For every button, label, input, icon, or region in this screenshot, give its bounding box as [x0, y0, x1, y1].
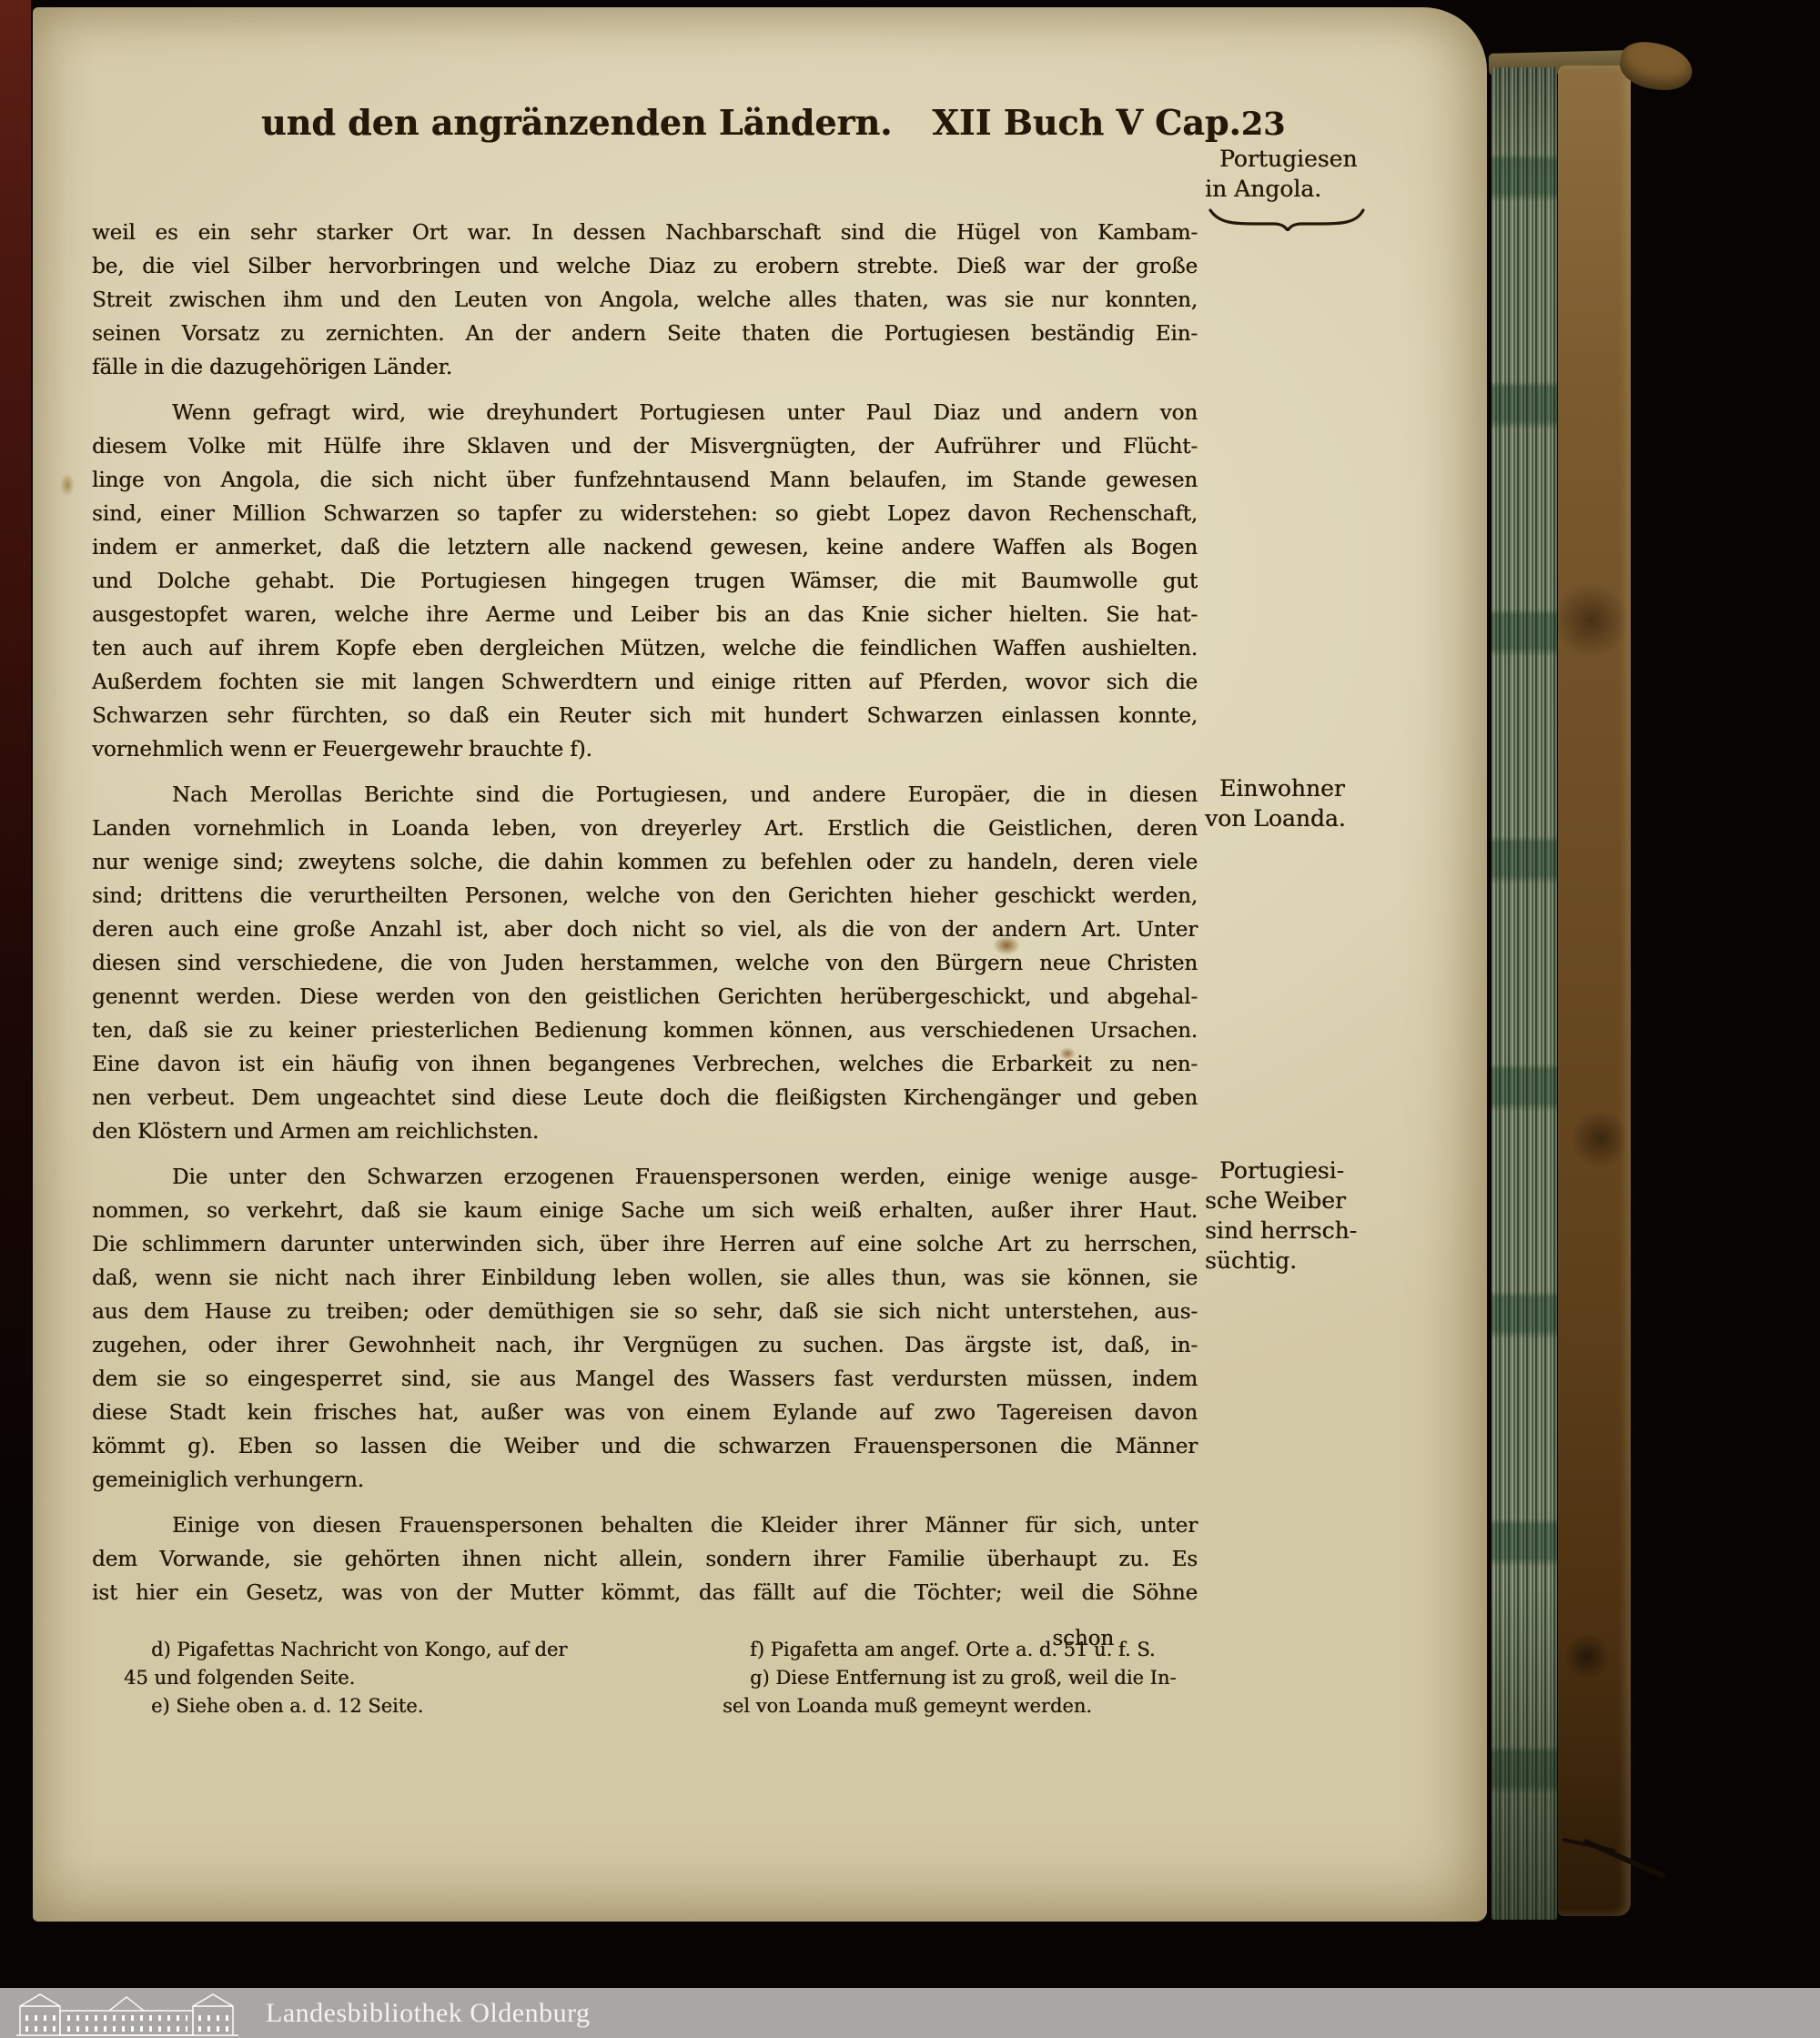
text-line: Eine davon ist ein häufig von ihnen bega…: [92, 1048, 1198, 1082]
text-line: be, die viel Silber hervorbringen und we…: [92, 250, 1198, 284]
book-cover-right-edge: [1558, 66, 1631, 1916]
text-line: Wenn gefragt wird, wie dreyhundert Portu…: [92, 397, 1198, 430]
text-line: weil es ein sehr starker Ort war. In des…: [92, 217, 1198, 250]
paragraph: Einige von diesen Frauenspersonen behalt…: [92, 1509, 1198, 1610]
text-line: Schwarzen sehr fürchten, so daß ein Reut…: [92, 700, 1198, 733]
text-line: von Loanda.: [1205, 803, 1469, 833]
text-line: Landen vornehmlich in Loanda leben, von …: [92, 812, 1198, 846]
text-line: vornehmlich wenn er Feuergewehr brauchte…: [92, 733, 1198, 767]
paragraph: Nach Merollas Berichte sind die Portugie…: [92, 779, 1198, 1149]
text-line: diese Stadt kein frisches hat, außer was…: [92, 1397, 1198, 1430]
text-line: sel von Loanda muß gemeynt werden.: [723, 1692, 1232, 1720]
text-line: ten, daß sie zu keiner priesterlichen Be…: [92, 1014, 1198, 1048]
book-cover-left-edge: [0, 0, 31, 1547]
book-page: und den angränzenden Ländern. XII Buch V…: [33, 7, 1487, 1922]
text-line: 45 und folgenden Seite.: [124, 1664, 665, 1692]
margin-note-portugiesen-angola: Portugiesenin Angola.: [1205, 144, 1469, 231]
text-line: seinen Vorsatz zu zernichten. An der and…: [92, 318, 1198, 351]
footnotes-right-column: f) Pigafetta am angef. Orte a. d. 51 u. …: [723, 1636, 1232, 1720]
text-line: nur wenige sind; zweytens solche, die da…: [92, 846, 1198, 880]
text-line: indem er anmerket, daß die letztern alle…: [92, 531, 1198, 565]
text-line: deren auch eine große Anzahl ist, aber d…: [92, 913, 1198, 947]
text-line: diesem Volke mit Hülfe ihre Sklaven und …: [92, 430, 1198, 464]
text-line: Nach Merollas Berichte sind die Portugie…: [92, 779, 1198, 812]
text-line: ist hier ein Gesetz, was von der Mutter …: [92, 1577, 1198, 1610]
text-line: kömmt g). Eben so lassen die Weiber und …: [92, 1430, 1198, 1464]
footnotes-left-column: d) Pigafettas Nachricht von Kongo, auf d…: [124, 1636, 665, 1720]
text-line: fälle in die dazugehörigen Länder.: [92, 351, 1198, 385]
paragraph: Die unter den Schwarzen erzogenen Frauen…: [92, 1161, 1198, 1498]
text-line: Portugiesi-: [1205, 1155, 1469, 1185]
text-line: e) Siehe oben a. d. 12 Seite.: [124, 1692, 665, 1720]
text-line: und Dolche gehabt. Die Portugiesen hinge…: [92, 565, 1198, 599]
margin-note-portugiesische-weiber: Portugiesi-sche Weibersind herrsch-sücht…: [1205, 1155, 1469, 1276]
text-line: zugehen, oder ihrer Gewohnheit nach, ihr…: [92, 1329, 1198, 1363]
text-line: süchtig.: [1205, 1246, 1469, 1276]
text-line: Außerdem fochten sie mit langen Schwerdt…: [92, 666, 1198, 700]
text-line: nommen, so verkehrt, daß sie kaum einige…: [92, 1195, 1198, 1228]
text-line: nen verbeut. Dem ungeachtet sind diese L…: [92, 1082, 1198, 1115]
paragraph: Wenn gefragt wird, wie dreyhundert Portu…: [92, 397, 1198, 767]
margin-note-einwohner-loanda: Einwohnervon Loanda.: [1205, 773, 1469, 833]
scan-background: und den angränzenden Ländern. XII Buch V…: [0, 0, 1820, 2038]
paragraph: weil es ein sehr starker Ort war. In des…: [92, 217, 1198, 385]
footnotes: d) Pigafettas Nachricht von Kongo, auf d…: [124, 1636, 1232, 1720]
book-fore-edge: [1491, 67, 1557, 1920]
text-line: sind; drittens die verurtheilten Persone…: [92, 880, 1198, 913]
text-line: ten auch auf ihrem Kopfe eben dergleiche…: [92, 632, 1198, 666]
text-line: sind herrsch-: [1205, 1216, 1469, 1246]
text-line: den Klöstern und Armen am reichlichsten.: [92, 1115, 1198, 1149]
text-line: linge von Angola, die sich nicht über fu…: [92, 464, 1198, 498]
page-header: und den angränzenden Ländern. XII Buch V…: [92, 102, 1198, 143]
library-footer-bar: Landesbibliothek Oldenburg: [0, 1988, 1820, 2038]
text-line: ausgestopfet waren, welche ihre Aerme un…: [92, 599, 1198, 632]
text-line: dem sie so eingesperret sind, sie aus Ma…: [92, 1363, 1198, 1397]
text-line: dem Vorwande, sie gehörten ihnen nicht a…: [92, 1543, 1198, 1577]
library-name: Landesbibliothek Oldenburg: [266, 1998, 591, 2029]
text-line: diesen sind verschiedene, die von Juden …: [92, 947, 1198, 981]
body-text: weil es ein sehr starker Ort war. In des…: [92, 217, 1198, 1656]
text-line: Portugiesen: [1205, 144, 1469, 174]
text-line: aus dem Hause zu treiben; oder demüthige…: [92, 1296, 1198, 1329]
text-line: g) Diese Entfernung ist zu groß, weil di…: [723, 1664, 1232, 1692]
text-line: Streit zwischen ihm und den Leuten von A…: [92, 284, 1198, 318]
chapter-heading: XII Buch V Cap.: [932, 102, 1240, 143]
page-number: 23: [1241, 106, 1286, 143]
text-line: sche Weiber: [1205, 1185, 1469, 1216]
page-stain: [60, 473, 75, 497]
library-building-icon: [13, 1991, 242, 2036]
text-line: daß, wenn sie nicht nach ihrer Einbildun…: [92, 1262, 1198, 1296]
text-line: Die unter den Schwarzen erzogenen Frauen…: [92, 1161, 1198, 1195]
text-line: genennt werden. Diese werden von den gei…: [92, 981, 1198, 1014]
underbrace-icon: [1205, 207, 1369, 231]
text-line: in Angola.: [1205, 174, 1469, 204]
text-line: Einige von diesen Frauenspersonen behalt…: [92, 1509, 1198, 1543]
text-line: f) Pigafetta am angef. Orte a. d. 51 u. …: [723, 1636, 1232, 1664]
text-line: gemeiniglich verhungern.: [92, 1464, 1198, 1498]
running-title: und den angränzenden Ländern.: [261, 102, 892, 143]
text-line: Einwohner: [1205, 773, 1469, 803]
text-line: d) Pigafettas Nachricht von Kongo, auf d…: [124, 1636, 665, 1664]
text-line: sind, einer Million Schwarzen so tapfer …: [92, 498, 1198, 531]
text-line: Die schlimmern darunter unterwinden sich…: [92, 1228, 1198, 1262]
